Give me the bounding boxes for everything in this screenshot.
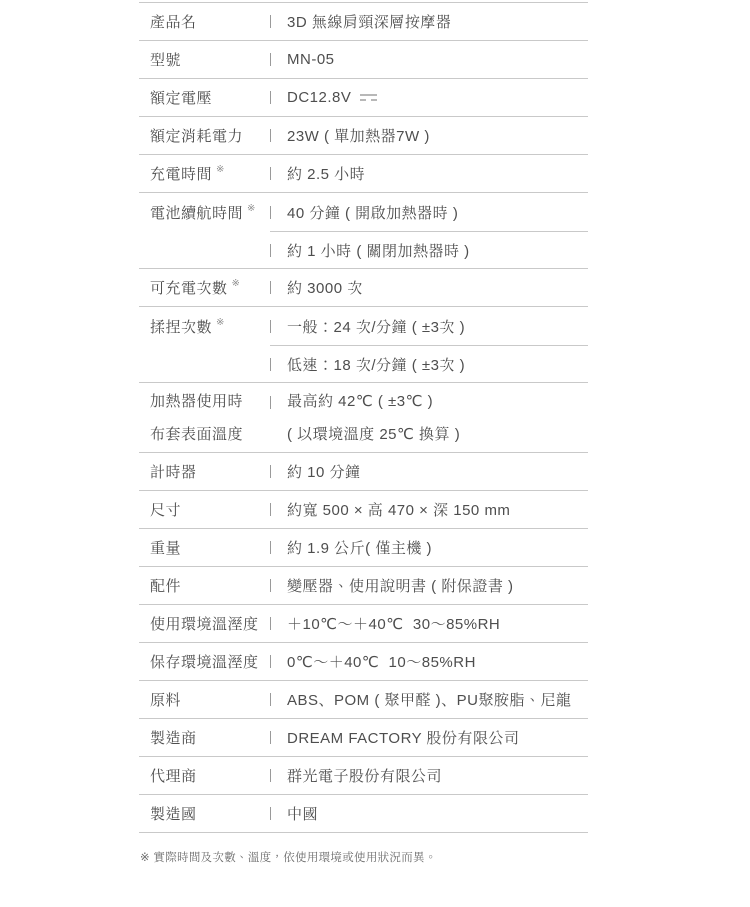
row-value: 約 10 分鐘 <box>270 453 588 490</box>
row-label-text: 尺寸 <box>150 499 181 520</box>
table-row: 充電時間※約 2.5 小時 <box>139 155 588 193</box>
row-value-text: 約 3000 次 <box>287 280 363 297</box>
row-value-text: 變壓器、使用說明書 ( 附保證書 ) <box>287 578 514 595</box>
row-value: 一般：24 次/分鐘 ( ±3次 ) <box>270 307 588 345</box>
row-value: DC12.8V <box>270 79 588 116</box>
table-row: 製造商DREAM FACTORY 股份有限公司 <box>139 719 588 757</box>
row-value-text: 一般：24 次/分鐘 ( ±3次 ) <box>287 319 465 336</box>
row-label <box>139 345 270 382</box>
row-value: 中國 <box>270 795 588 832</box>
row-label-text: 使用環境溫溼度 <box>150 613 259 634</box>
row-label: 尺寸 <box>139 491 270 528</box>
row-value-text: 3D 無線肩頸深層按摩器 <box>287 14 451 31</box>
table-row: 型號MN-05 <box>139 41 588 79</box>
spec-table: 產品名3D 無線肩頸深層按摩器型號MN-05額定電壓DC12.8V額定消耗電力2… <box>139 2 588 833</box>
row-label-text: 額定電壓 <box>150 87 212 108</box>
row-value-text: 最高約 42℃ ( ±3℃ ) <box>287 393 433 410</box>
row-label-text: 產品名 <box>150 11 197 32</box>
table-row: 電池續航時間※40 分鐘 ( 開啟加熱器時 ) <box>139 193 588 231</box>
row-value: 約寬 500 × 高 470 × 深 150 mm <box>270 491 588 528</box>
row-value-text: ABS、POM ( 聚甲醛 )、PU聚胺脂、尼龍 <box>287 692 572 709</box>
row-value: 最高約 42℃ ( ±3℃ )( 以環境溫度 25℃ 換算 ) <box>270 383 588 452</box>
table-row: 額定電壓DC12.8V <box>139 79 588 117</box>
row-label: 使用環境溫溼度 <box>139 605 270 642</box>
row-label-text: 重量 <box>150 537 181 558</box>
table-row: 產品名3D 無線肩頸深層按摩器 <box>139 3 588 41</box>
row-label: 計時器 <box>139 453 270 490</box>
row-value-text: 約 1.9 公斤( 僅主機 ) <box>287 540 432 557</box>
row-value-text: 群光電子股份有限公司 <box>287 768 442 785</box>
spec-page: 產品名3D 無線肩頸深層按摩器型號MN-05額定電壓DC12.8V額定消耗電力2… <box>0 0 750 907</box>
reference-mark-icon: ※ <box>247 203 255 214</box>
row-value-text: 40 分鐘 ( 開啟加熱器時 ) <box>287 205 458 222</box>
row-value: MN-05 <box>270 41 588 78</box>
row-value-text: 中國 <box>287 806 318 823</box>
table-row: 揉捏次數※一般：24 次/分鐘 ( ±3次 ) <box>139 307 588 345</box>
row-value: 群光電子股份有限公司 <box>270 757 588 794</box>
row-value: 0℃～＋40℃ 10～85%RH <box>270 643 588 680</box>
table-row: 重量約 1.9 公斤( 僅主機 ) <box>139 529 588 567</box>
table-row: 加熱器使用時布套表面溫度最高約 42℃ ( ±3℃ )( 以環境溫度 25℃ 換… <box>139 383 588 453</box>
row-value-text: 約 1 小時 ( 關閉加熱器時 ) <box>287 243 470 260</box>
row-label-text: 計時器 <box>150 461 197 482</box>
row-value-text: 約 2.5 小時 <box>287 166 365 183</box>
row-value-text: 23W ( 單加熱器7W ) <box>287 128 430 145</box>
row-label-text: 代理商 <box>150 765 197 786</box>
row-label: 重量 <box>139 529 270 566</box>
row-value: 約 1 小時 ( 關閉加熱器時 ) <box>270 231 588 268</box>
row-value: 變壓器、使用說明書 ( 附保證書 ) <box>270 567 588 604</box>
row-value: DREAM FACTORY 股份有限公司 <box>270 719 588 756</box>
row-value-text: DC12.8V <box>287 89 351 106</box>
row-label: 揉捏次數※ <box>139 307 270 345</box>
reference-mark-icon: ※ <box>216 164 224 175</box>
row-value-text: 低速：18 次/分鐘 ( ±3次 ) <box>287 357 465 374</box>
reference-mark-icon: ※ <box>232 278 240 289</box>
table-row: 配件變壓器、使用說明書 ( 附保證書 ) <box>139 567 588 605</box>
table-row: 製造國中國 <box>139 795 588 833</box>
row-label: 製造商 <box>139 719 270 756</box>
table-row: 低速：18 次/分鐘 ( ±3次 ) <box>139 345 588 383</box>
row-label: 製造國 <box>139 795 270 832</box>
row-label-text: 可充電次數 <box>150 277 228 298</box>
row-value: ABS、POM ( 聚甲醛 )、PU聚胺脂、尼龍 <box>270 681 588 718</box>
row-value: ＋10℃～＋40℃ 30～85%RH <box>270 605 588 642</box>
row-label-text: 配件 <box>150 575 181 596</box>
row-label: 配件 <box>139 567 270 604</box>
row-value-text: DREAM FACTORY 股份有限公司 <box>287 730 520 747</box>
row-label: 額定消耗電力 <box>139 117 270 154</box>
row-label: 原料 <box>139 681 270 718</box>
row-label-text: 保存環境溫溼度 <box>150 651 259 672</box>
row-label: 型號 <box>139 41 270 78</box>
row-label-text: 揉捏次數 <box>150 316 212 337</box>
table-row: 代理商群光電子股份有限公司 <box>139 757 588 795</box>
table-row: 約 1 小時 ( 關閉加熱器時 ) <box>139 231 588 269</box>
row-label-text: 電池續航時間 <box>150 202 243 223</box>
row-value: 低速：18 次/分鐘 ( ±3次 ) <box>270 345 588 382</box>
reference-mark-icon: ※ <box>216 317 224 328</box>
row-value: 40 分鐘 ( 開啟加熱器時 ) <box>270 193 588 231</box>
row-label: 可充電次數※ <box>139 269 270 306</box>
row-value: 約 2.5 小時 <box>270 155 588 192</box>
direct-current-icon <box>360 94 377 101</box>
table-row: 使用環境溫溼度＋10℃～＋40℃ 30～85%RH <box>139 605 588 643</box>
row-value: 3D 無線肩頸深層按摩器 <box>270 3 588 40</box>
row-label: 電池續航時間※ <box>139 193 270 231</box>
row-label <box>139 231 270 268</box>
table-row: 可充電次數※約 3000 次 <box>139 269 588 307</box>
row-value: 23W ( 單加熱器7W ) <box>270 117 588 154</box>
row-label: 產品名 <box>139 3 270 40</box>
row-label: 加熱器使用時布套表面溫度 <box>139 383 270 452</box>
table-row: 尺寸約寬 500 × 高 470 × 深 150 mm <box>139 491 588 529</box>
table-row: 計時器約 10 分鐘 <box>139 453 588 491</box>
row-value-text: 約 10 分鐘 <box>287 464 361 481</box>
row-label: 保存環境溫溼度 <box>139 643 270 680</box>
table-row: 原料ABS、POM ( 聚甲醛 )、PU聚胺脂、尼龍 <box>139 681 588 719</box>
row-label-text: 額定消耗電力 <box>150 125 243 146</box>
table-row: 保存環境溫溼度0℃～＋40℃ 10～85%RH <box>139 643 588 681</box>
row-label-text: 原料 <box>150 689 181 710</box>
table-row: 額定消耗電力23W ( 單加熱器7W ) <box>139 117 588 155</box>
row-label: 額定電壓 <box>139 79 270 116</box>
row-value-text: ＋10℃～＋40℃ 30～85%RH <box>287 616 500 633</box>
row-value-text: 約寬 500 × 高 470 × 深 150 mm <box>287 502 510 519</box>
row-label-text: 充電時間 <box>150 163 212 184</box>
row-label-text-line2: 布套表面溫度 <box>150 418 270 451</box>
row-label-text: 製造國 <box>150 803 197 824</box>
row-label-text: 加熱器使用時 <box>150 393 243 410</box>
row-value: 約 3000 次 <box>270 269 588 306</box>
row-label: 代理商 <box>139 757 270 794</box>
row-value-text-line2: ( 以環境溫度 25℃ 換算 ) <box>287 418 460 451</box>
row-value-text: MN-05 <box>287 51 335 68</box>
row-label: 充電時間※ <box>139 155 270 192</box>
row-label-text: 製造商 <box>150 727 197 748</box>
row-label-text: 型號 <box>150 49 181 70</box>
footnote: ※ 實際時間及次數、溫度，依使用環境或使用狀況而異。 <box>140 849 437 865</box>
row-value-text: 0℃～＋40℃ 10～85%RH <box>287 654 476 671</box>
row-value: 約 1.9 公斤( 僅主機 ) <box>270 529 588 566</box>
